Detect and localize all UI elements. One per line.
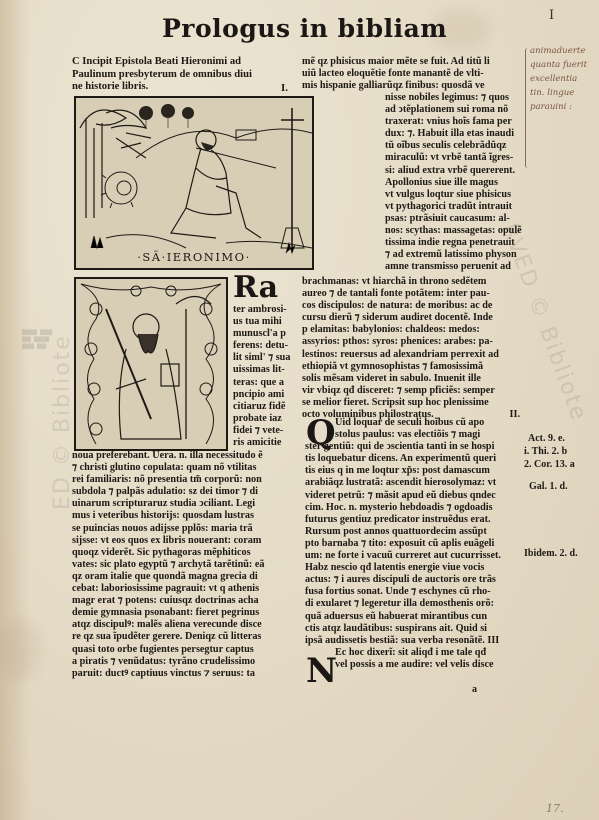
text-line: actus: ⁊ i aures discipuli de auctoris o…: [305, 574, 527, 586]
woodcut-caption: ·SÃ·IERONIMO·: [76, 250, 312, 264]
text-line: nos: scythas: massagetas: opulẽ: [385, 225, 525, 237]
text-line: a piratis ⁊ venũdatus: tyrãno crudelissi…: [72, 656, 308, 668]
text-line: vir vbiqz qđ disceret: ⁊ semp pficiẽs: s…: [302, 385, 524, 397]
marginal-reference: Gal. 1. d.: [529, 481, 568, 492]
text-line: mẽ qz phisicus maior mẽte se fuit. Ad ti…: [302, 56, 524, 68]
text-line: traxerat: vnius hoĩs fama per: [385, 116, 525, 128]
text-line: vt vulgus loqtur siue phisicus: [385, 189, 525, 201]
note-line: tin. lingue: [530, 86, 598, 100]
text-line: pncipio ami: [233, 389, 311, 401]
text-line: ferens: detu-: [233, 340, 311, 352]
text-line: miraculũ: vt vrbẽ tantã ĩgres-: [385, 152, 525, 164]
text-line: tis loquebatur dicens. An experimentũ qu…: [305, 453, 527, 465]
text-line: sijsse: vt eos quos ex libris nouerant: …: [72, 535, 308, 547]
woodcut-saint-paul-initial: [74, 277, 228, 451]
text-line: tũ oĩbus seculis celebrãdũqz: [385, 140, 525, 152]
text-line: aureo ⁊ de tantali fonte potãtem: inter …: [302, 288, 524, 300]
text-line: pto barnaba ⁊ tito: exposuit cũ aplis eu…: [305, 538, 527, 550]
text-line: C Incipit Epistola Beati Hieronimi ad: [72, 56, 292, 69]
text-line: brachmanas: vt hiarchã in throno sedẽtem: [302, 276, 524, 288]
text-line: demie gymnasia psonabant: fieret pegrinu…: [72, 607, 308, 619]
text-line: citiaruz fidẽ: [233, 401, 311, 413]
text-line: Habz nescio qđ latentis energie viue voc…: [305, 562, 527, 574]
text-line: mis hispanie galliarũqz finibus: quosdã …: [302, 80, 524, 92]
marginal-reference: i. Thi. 2. b: [524, 446, 567, 457]
note-line: parauini :: [530, 100, 598, 114]
text-line: tis eius q in me loqtur xp̃s: post damas…: [305, 465, 527, 477]
marginal-reference: Ibidem. 2. d.: [524, 548, 578, 559]
text-line: uiũ lacteo eloquẽtie fonte manantẽ de vl…: [302, 68, 524, 80]
text-line: quasi toto orbe fugientes persegtur capt…: [72, 644, 308, 656]
woodcut-illustration: [76, 98, 312, 268]
text-line: stolus paulus: vas electiõis ⁊ magi: [305, 429, 527, 441]
text-line: ter ambrosi-: [233, 304, 311, 316]
folio-mark: I: [549, 8, 554, 23]
note-line: quanta fuerit: [530, 58, 598, 72]
text-line: us tua mihi: [233, 316, 311, 328]
woodcut-saint-jerome: ·SÃ·IERONIMO·: [74, 96, 314, 270]
text-line: di exularet ⁊ legeretur illa demosthenis…: [305, 598, 527, 610]
running-head: Prologus in bibliam: [162, 14, 402, 43]
text-line: ⁊ ad extremũ latissimo physon: [385, 249, 525, 261]
text-line: noua preferebant. Uera. n. illa necessit…: [72, 450, 308, 462]
text-line: ⁊ christi glutino copulata: quam nõ vtil…: [72, 462, 308, 474]
text-line: se puincias nouos adijsse pplõs: maria t…: [72, 523, 308, 535]
note-line: animaduerte: [530, 44, 598, 58]
text-line: ethiopiã vt gymnosophistas ⁊ famosissimã: [302, 361, 524, 373]
text-line: uissimas lit-: [233, 364, 311, 376]
note-line: excellentia: [530, 72, 598, 86]
library-stamp: ▒▒▒▒▒ ▒▒▒▒▒▒▒ ▒▒▒▒▒▒▒▒▒ ▒▒▒: [22, 330, 66, 351]
text-line: p elamitas: babylonios: chaldeos: medos:: [302, 324, 524, 336]
right-column-bottom: Uid loquar de seculi hoĩbus cũ apo stolu…: [305, 417, 527, 671]
text-line: Apollonius siue ille magus: [385, 177, 525, 189]
text-line: rei familiaris: nõ presentia tm̃ corporũ…: [72, 474, 308, 486]
text-line: mus i veteribus historijs: quosdam lustr…: [72, 510, 308, 522]
text-line: futurus gentiuz predicator instruẽdus er…: [305, 514, 527, 526]
page-stain: [0, 620, 40, 680]
manuscript-page: RVED © Bibliote ED © Bibliote ▒▒▒▒▒ ▒▒▒▒…: [0, 0, 599, 820]
pencil-note: 17.: [546, 802, 564, 815]
text-line: videret petrũ: ⁊ mãsit apud eũ diebus qn…: [305, 490, 527, 502]
marginal-reference: 2. Cor. 13. a: [524, 459, 575, 470]
text-line: probate iaz: [233, 413, 311, 425]
signature-mark: a: [472, 684, 477, 695]
text-line: psas: ptrãsiuit caucasum: al-: [385, 213, 525, 225]
initial-n: N: [306, 654, 337, 688]
text-line: atqz discipulꝰ: malẽs aliena verecunde d…: [72, 619, 308, 631]
text-line: vates: sic plato egyptũ ⁊ archytã tarẽti…: [72, 559, 308, 571]
text-line: si: aliud extra vrbẽ quererent.: [385, 165, 525, 177]
text-line: arabiãqz lustratã: ascendit hierosolymaz…: [305, 477, 527, 489]
text-line: Uid loquar de seculi hoĩbus cũ apo: [305, 417, 527, 429]
text-line: vt pythagorici tradũt intrauit: [385, 201, 525, 213]
text-line: ad ↄtẽplationem sui roma nõ: [385, 104, 525, 116]
text-line: ris amicitie: [233, 437, 311, 449]
marginal-reference: Act. 9. e.: [528, 433, 565, 444]
decorated-initial-ra: Ra: [233, 270, 278, 305]
left-column-narrow: ter ambrosi- us tua mihi munuscl'a p fer…: [233, 304, 311, 449]
text-line: lit siml' ⁊ sua: [233, 352, 311, 364]
text-line: ctis atqz laudãtibus: suspirans ait. Qui…: [305, 623, 527, 635]
text-line: Ec hoc dixerĩ: sit aliqđ i me tale qđ: [305, 647, 527, 659]
right-column-top: mẽ qz phisicus maior mẽte se fuit. Ad ti…: [302, 56, 524, 92]
text-line: amne transmisso peruenit ad: [385, 261, 525, 273]
text-line: solis mẽsam videret in sabulo. Inuenit i…: [302, 373, 524, 385]
text-line: Rursum post annos quattuordecim assũpt: [305, 526, 527, 538]
text-line: cursu dierũ ⁊ siderum audiret docentẽ. I…: [302, 312, 524, 324]
right-column-middle: brachmanas: vt hiarchã in throno sedẽtem…: [302, 276, 524, 421]
text-line: cebat: laboriosissime pagrauit: vt q ath…: [72, 583, 308, 595]
text-line: re qz sua ĩpudẽter gerere. Deniqz cũ lit…: [72, 631, 308, 643]
text-line: ipsã audissetis bestiã: sua verba resonã…: [305, 635, 527, 647]
text-line: nisse nobiles legimus: ⁊ quos: [385, 92, 525, 104]
text-line: Paulinum presbyterum de omnibus diui: [72, 69, 292, 82]
text-line: ne historie libris.: [72, 81, 292, 94]
text-line: um: ne forte i vacuũ curreret aut cucurr…: [305, 550, 527, 562]
text-line: se melior fieret. Scripsit sup hoc pleni…: [302, 397, 524, 409]
text-line: qz oram italie que quondã magna grecia d…: [72, 571, 308, 583]
text-line: quoqz viderẽt. Sic pythagoras mẽphiticos: [72, 547, 308, 559]
manuscript-marginal-note: animaduerte quanta fuerit excellentia ti…: [530, 44, 598, 114]
text-line: paruit: ductꝰ captiuus vinctus ⁊ seruus:…: [72, 668, 308, 680]
text-line: magr erat ⁊ potens: cuiusqz doctrinas ac…: [72, 595, 308, 607]
text-line: fidei ⁊ vete-: [233, 425, 311, 437]
text-line: ster gentiũ: qui de ↄscientia tanti in s…: [305, 441, 527, 453]
text-line: munuscl'a p: [233, 328, 311, 340]
text-line: teras: que a: [233, 377, 311, 389]
text-line: cos discipulos: de natura: de moribus: a…: [302, 300, 524, 312]
left-column-bottom: noua preferebant. Uera. n. illa necessit…: [72, 450, 308, 680]
text-line: quã aduersus eũ habuerat mirantibus cun: [305, 611, 527, 623]
text-line: vel possis a me audire: vel velis disce: [305, 659, 527, 671]
text-line: uinarum scripturaruz studia ↄciliant. Le…: [72, 498, 308, 510]
chapter-number: I.: [281, 82, 288, 94]
right-column-wrap: nisse nobiles legimus: ⁊ quos ad ↄtẽplat…: [313, 92, 525, 273]
text-line: lestinos: reuersus ad alexandriam perrex…: [302, 349, 524, 361]
text-line: cim. Hoc. n. mysterio hebdoadis ⁊ ogdoad…: [305, 502, 527, 514]
text-line: tissima indie regna penetrauit: [385, 237, 525, 249]
text-line: dux: ⁊. Habuit illa etas inaudi: [385, 128, 525, 140]
incipit: C Incipit Epistola Beati Hieronimi ad Pa…: [72, 56, 292, 94]
text-line: subdola ⁊ palpãs adulatio: sz dei timor …: [72, 486, 308, 498]
text-line: fusa fortius sonat. Unde ⁊ eschynes cũ r…: [305, 586, 527, 598]
text-line: assyrios: pthos: syros: phenices: arabes…: [302, 336, 524, 348]
page-edge-shadow: [0, 0, 30, 820]
woodcut-illustration: [76, 279, 226, 449]
